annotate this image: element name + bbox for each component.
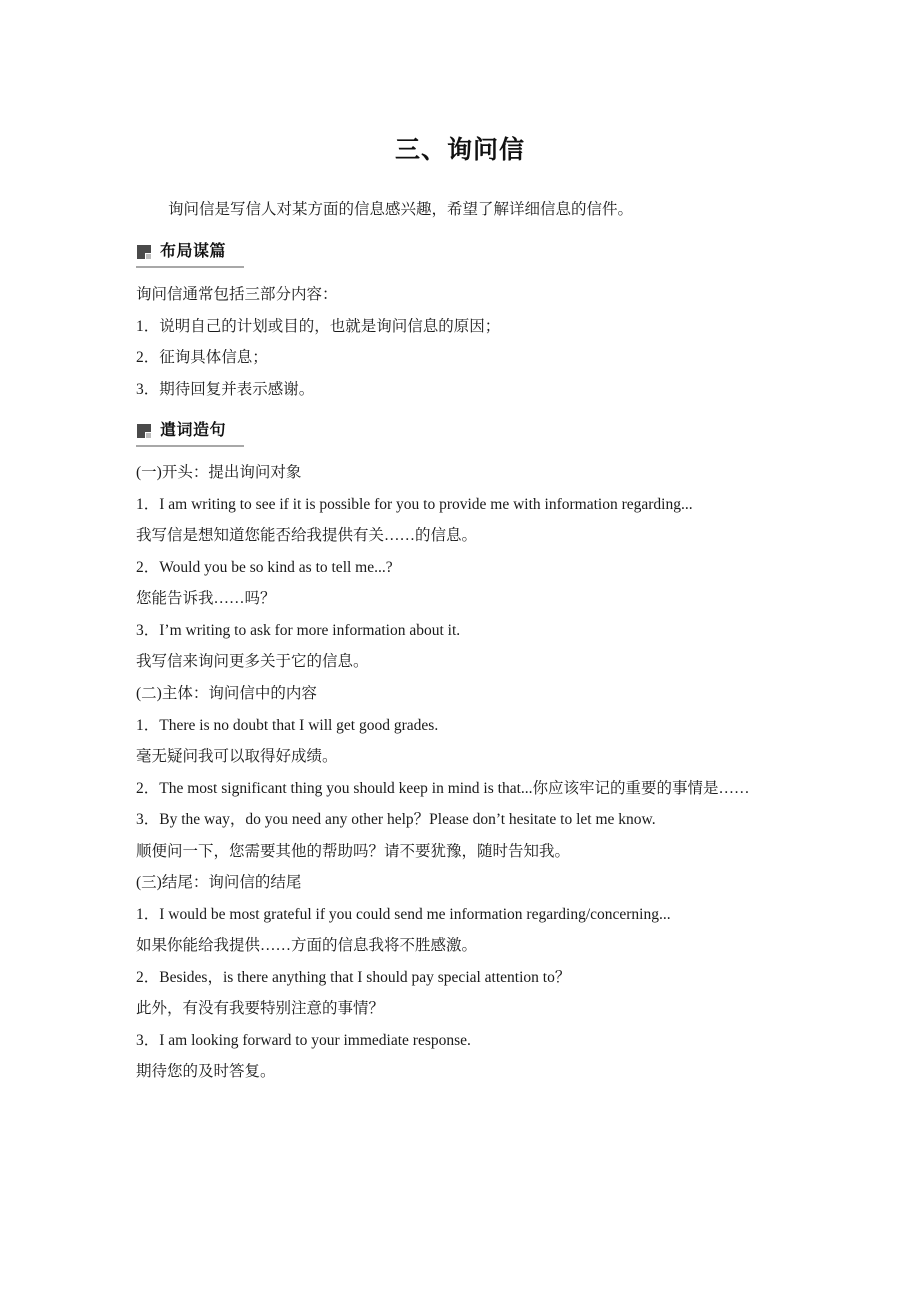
paragraph-line: 询问信通常包括三部分内容：	[136, 285, 338, 305]
list-item: 3．期待回复并表示感谢。	[136, 380, 314, 400]
sentence-english: 1．I would be most grateful if you could …	[136, 905, 671, 925]
subheading-body: (二)主体：询问信中的内容	[136, 684, 317, 704]
intro-paragraph: 询问信是写信人对某方面的信息感兴趣，希望了解详细信息的信件。	[168, 200, 633, 220]
heading-underline	[136, 266, 244, 268]
sentence-chinese: 毫无疑问我可以取得好成绩。	[136, 747, 338, 767]
section-heading-label: 布局谋篇	[160, 240, 226, 262]
sentence-english: 1．I am writing to see if it is possible …	[136, 495, 693, 515]
square-bullet-icon	[137, 424, 151, 438]
heading-underline	[136, 445, 244, 447]
section-heading-phrasing: 遣词造句	[136, 419, 244, 449]
page-title: 三、询问信	[0, 130, 920, 166]
sentence-chinese: 我写信是想知道您能否给我提供有关……的信息。	[136, 526, 477, 546]
sentence-chinese: 如果你能给我提供……方面的信息我将不胜感激。	[136, 936, 477, 956]
sentence-english: 2．The most significant thing you should …	[136, 779, 750, 799]
list-item: 1．说明自己的计划或目的，也就是询问信息的原因；	[136, 317, 500, 337]
sentence-chinese: 顺便问一下，您需要其他的帮助吗？请不要犹豫，随时告知我。	[136, 842, 570, 862]
sentence-english: 2．Besides，is there anything that I shoul…	[136, 968, 570, 988]
sentence-english: 1．There is no doubt that I will get good…	[136, 716, 438, 736]
square-bullet-icon	[137, 245, 151, 259]
sentence-english: 3．I’m writing to ask for more informatio…	[136, 621, 460, 641]
subheading-opening: (一)开头：提出询问对象	[136, 463, 301, 483]
subheading-closing: (三)结尾：询问信的结尾	[136, 873, 301, 893]
sentence-english: 3．By the way，do you need any other help？…	[136, 810, 656, 830]
sentence-chinese: 我写信来询问更多关于它的信息。	[136, 652, 369, 672]
section-heading-layout: 布局谋篇	[136, 240, 244, 270]
list-item: 2．征询具体信息；	[136, 348, 268, 368]
sentence-chinese: 期待您的及时答复。	[136, 1062, 276, 1082]
sentence-chinese: 您能告诉我……吗？	[136, 589, 276, 609]
sentence-english: 2．Would you be so kind as to tell me...?	[136, 558, 393, 578]
sentence-chinese: 此外，有没有我要特别注意的事情？	[136, 999, 384, 1019]
sentence-english: 3．I am looking forward to your immediate…	[136, 1031, 471, 1051]
section-heading-label: 遣词造句	[160, 419, 226, 441]
